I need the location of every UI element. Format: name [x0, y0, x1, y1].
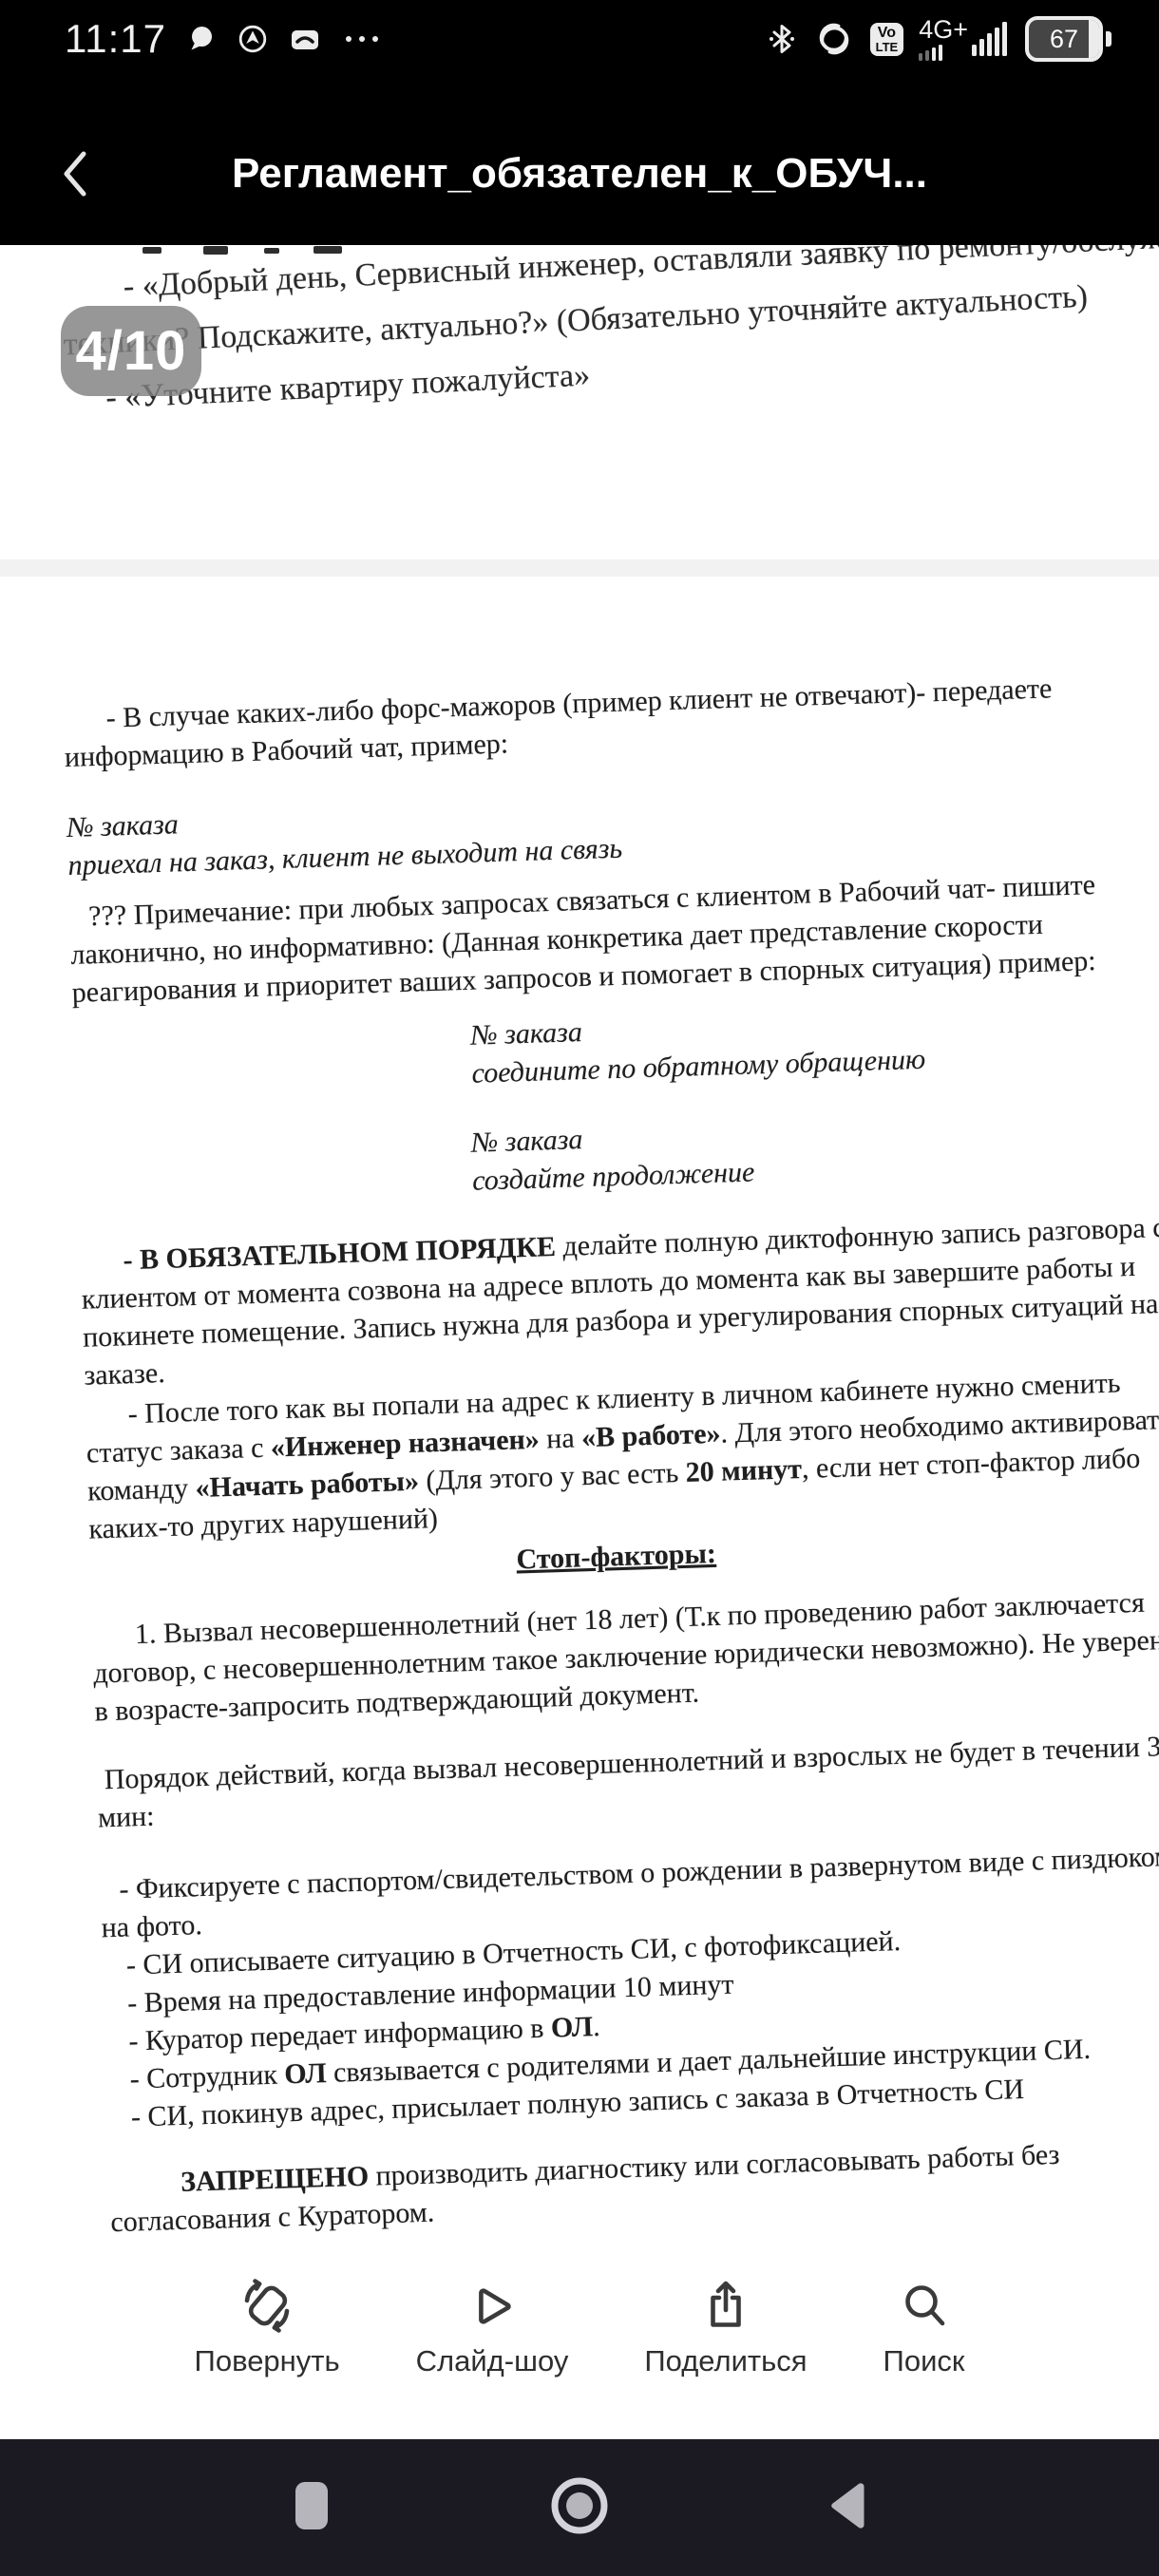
home-button[interactable] [546, 2472, 613, 2539]
bluetooth-icon [768, 22, 796, 56]
android-nav-bar [0, 2439, 1159, 2576]
signal-bars-sim2-icon [919, 45, 945, 61]
doc-paragraph: - В случае каких-либо форс-мажоров (прим… [63, 668, 1117, 777]
app-header: Регламент_обязателен_к_ОБУЧ... [0, 114, 1159, 234]
battery-body-icon: 67 [1025, 16, 1103, 62]
clock: 11:17 [65, 16, 166, 62]
rotate-label: Повернуть [195, 2344, 340, 2378]
search-icon [894, 2276, 955, 2337]
network-indicator: 4G+ [919, 17, 968, 61]
page-4-text: - В случае каких-либо форс-мажоров (прим… [0, 577, 1159, 2244]
page-3-fragment: - «Добрый день, Сервисный инженер, остав… [0, 245, 1159, 559]
share-button[interactable]: Поделиться [644, 2276, 807, 2378]
share-icon [695, 2276, 756, 2337]
recents-button[interactable] [278, 2472, 345, 2539]
back-button[interactable] [53, 145, 95, 202]
slideshow-label: Слайд-шоу [416, 2344, 569, 2378]
search-button[interactable]: Поиск [883, 2276, 965, 2378]
viewer-toolbar: Повернуть Слайд-шоу Поделиться [0, 2263, 1159, 2443]
data-sync-icon [815, 21, 853, 57]
chat-bubble-icon [185, 23, 218, 55]
page-indicator-badge: 4/10 [61, 306, 201, 396]
volte-bottom-label: LTE [876, 41, 899, 53]
chevron-left-icon [55, 145, 93, 202]
doc-paragraph: - После того как вы попали на адрес к кл… [85, 1364, 1141, 1549]
page-4: - В случае каких-либо форс-мажоров (прим… [0, 577, 1159, 2280]
document-title: Регламент_обязателен_к_ОБУЧ... [0, 150, 1159, 198]
battery-indicator: 67 [1025, 16, 1111, 62]
volte-top-label: Vo [878, 26, 896, 41]
phone-screen: 11:17 Vo LTE [0, 0, 1159, 2576]
recents-square-icon [283, 2477, 340, 2534]
network-type-label: 4G+ [919, 17, 968, 42]
doc-paragraph: № заказаприехал на заказ, клиент не выхо… [66, 776, 1121, 885]
doc-paragraph: - Фиксируете с паспортом/свидетельством … [100, 1839, 1159, 2138]
page-separator [0, 559, 1159, 577]
play-icon [462, 2276, 522, 2337]
search-label: Поиск [883, 2344, 965, 2378]
rotate-icon [237, 2276, 297, 2337]
volte-badge: Vo LTE [870, 23, 904, 56]
doc-paragraph: Порядок действий, когда вызвал несоверше… [96, 1729, 1150, 1838]
document-viewer[interactable]: - «Добрый день, Сервисный инженер, остав… [0, 245, 1159, 2443]
back-triangle-icon [821, 2477, 874, 2534]
doc-paragraph: - В ОБЯЗАТЕЛЬНОМ ПОРЯДКЕ делайте полную … [80, 1210, 1136, 1395]
back-nav-button[interactable] [814, 2472, 881, 2539]
doc-paragraph: № заказасоздайте продолжение [77, 1104, 1131, 1213]
signal-bars-sim1-icon [972, 22, 1010, 56]
rotate-button[interactable]: Повернуть [195, 2276, 340, 2378]
more-notifications-icon [341, 23, 383, 55]
top-black-region: 11:17 Vo LTE [0, 0, 1159, 245]
slideshow-button[interactable]: Слайд-шоу [416, 2276, 569, 2378]
share-label: Поделиться [644, 2344, 807, 2378]
doc-paragraph: - «Добрый день, Сервисный инженер, остав… [60, 245, 1129, 427]
status-bar: 11:17 Vo LTE [0, 0, 1159, 66]
doc-paragraph: ЗАПРЕЩЕНО производить диагностику или со… [109, 2132, 1159, 2242]
battery-percent: 67 [1050, 25, 1078, 54]
doc-paragraph: № заказасоедините по обратному обращению [73, 996, 1128, 1106]
doc-paragraph: ??? Примечание: при любых запросах связа… [69, 865, 1125, 1013]
home-circle-icon [548, 2474, 611, 2537]
doc-paragraph: 1. Вызвал несовершеннолетний (нет 18 лет… [91, 1584, 1147, 1732]
battery-nub [1106, 31, 1111, 47]
battery-fill [1089, 20, 1099, 58]
call-record-icon [288, 23, 322, 55]
navigate-up-circle-icon [237, 23, 269, 55]
